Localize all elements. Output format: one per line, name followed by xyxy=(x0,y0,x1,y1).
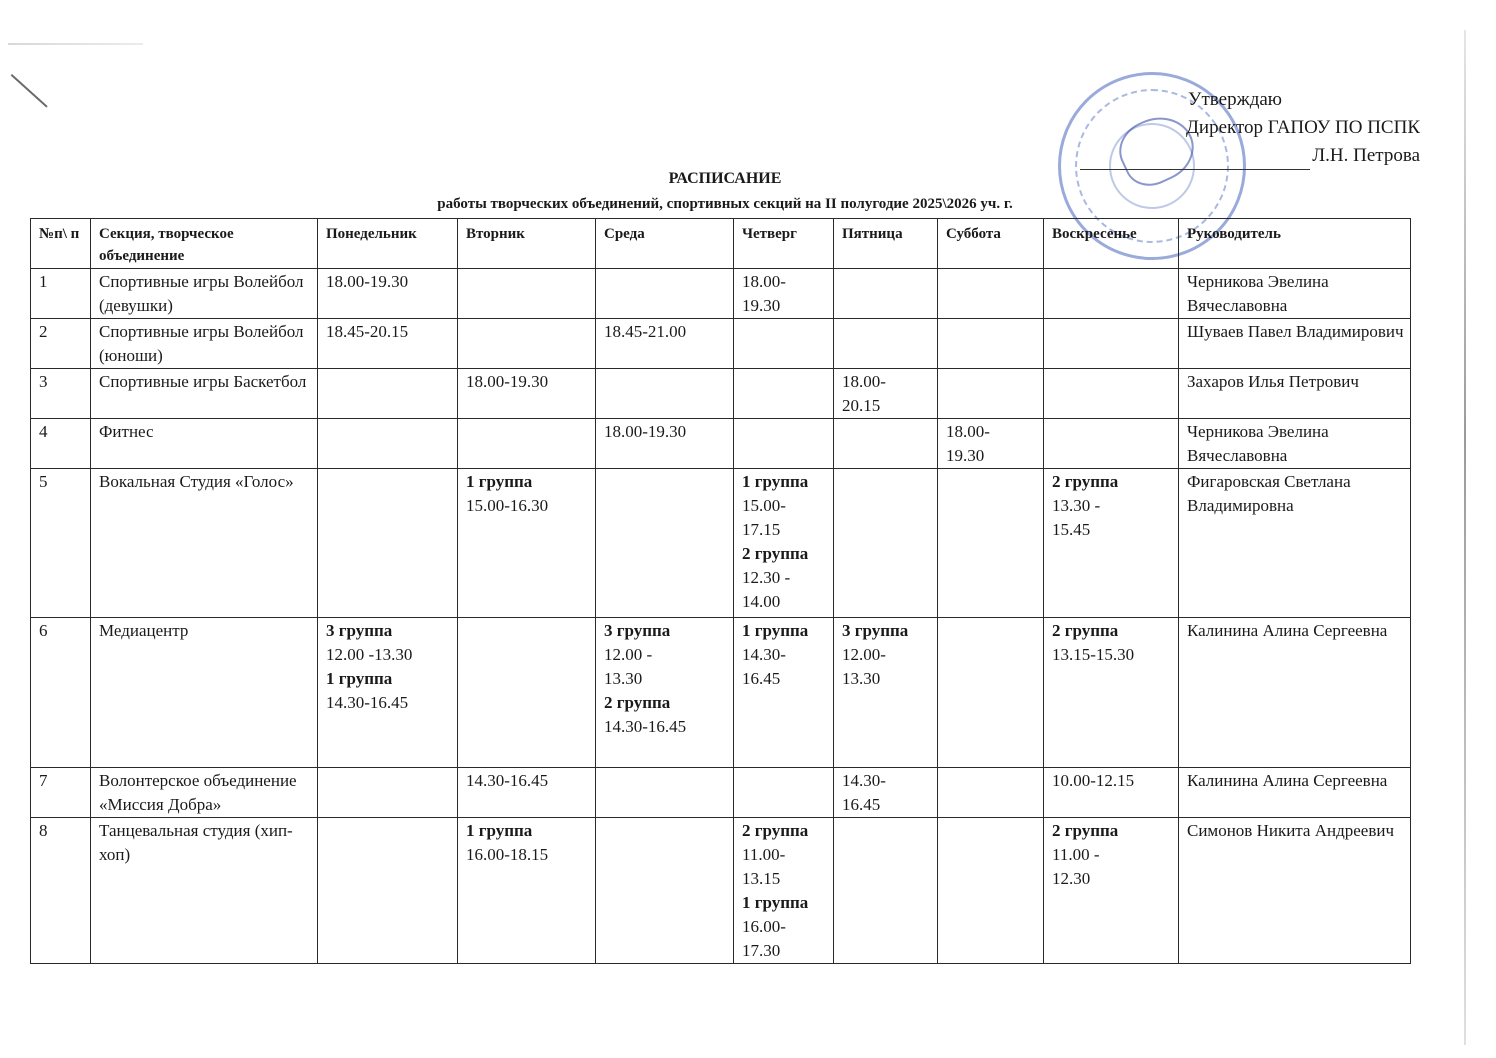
time-range: 18.00-19.30 xyxy=(604,420,727,444)
leader-name: Калинина Алина Сергеевна xyxy=(1179,768,1411,818)
schedule-cell-sat xyxy=(938,768,1044,818)
group-label: 2 группа xyxy=(1052,470,1172,494)
schedule-cell-sat xyxy=(938,319,1044,369)
group-label: 3 группа xyxy=(604,619,727,643)
schedule-cell-fri xyxy=(834,469,938,618)
schedule-cell-sun xyxy=(1044,369,1179,419)
schedule-table: №п\ пСекция, творческое объединениеПонед… xyxy=(30,218,1411,964)
time-range: 10.00-12.15 xyxy=(1052,769,1172,793)
schedule-cell-sat xyxy=(938,818,1044,964)
time-range: 13.30 - 15.45 xyxy=(1052,494,1172,542)
time-range: 12.00 - 13.30 xyxy=(604,643,727,691)
schedule-cell-tue xyxy=(458,269,596,319)
row-number: 2 xyxy=(31,319,91,369)
group-label: 2 группа xyxy=(742,819,827,843)
schedule-cell-wed xyxy=(596,469,734,618)
schedule-cell-tue: 1 группа16.00-18.15 xyxy=(458,818,596,964)
schedule-cell-wed: 18.00-19.30 xyxy=(596,419,734,469)
schedule-cell-wed: 3 группа12.00 - 13.302 группа14.30-16.45 xyxy=(596,618,734,768)
row-number: 8 xyxy=(31,818,91,964)
time-range: 18.00- 20.15 xyxy=(842,370,931,418)
schedule-cell-fri xyxy=(834,269,938,319)
schedule-cell-thu: 1 группа14.30- 16.45 xyxy=(734,618,834,768)
group-label: 2 группа xyxy=(604,691,727,715)
schedule-cell-sun: 2 группа11.00 - 12.30 xyxy=(1044,818,1179,964)
schedule-cell-wed xyxy=(596,768,734,818)
page-title: РАСПИСАНИЕ xyxy=(0,170,1450,188)
schedule-cell-thu xyxy=(734,768,834,818)
leader-name: Фигаровская Светлана Владимировна xyxy=(1179,469,1411,618)
leader-name: Калинина Алина Сергеевна xyxy=(1179,618,1411,768)
schedule-cell-tue: 14.30-16.45 xyxy=(458,768,596,818)
schedule-cell-wed: 18.45-21.00 xyxy=(596,319,734,369)
section-name: Фитнес xyxy=(91,419,318,469)
table-row: 3Спортивные игры Баскетбол18.00-19.3018.… xyxy=(31,369,1411,419)
schedule-cell-sat xyxy=(938,369,1044,419)
approval-name: Л.Н. Петрова xyxy=(1312,142,1420,170)
schedule-cell-thu: 18.00- 19.30 xyxy=(734,269,834,319)
row-number: 3 xyxy=(31,369,91,419)
table-header-row: №п\ пСекция, творческое объединениеПонед… xyxy=(31,219,1411,269)
group-label: 2 группа xyxy=(1052,819,1172,843)
schedule-cell-wed xyxy=(596,818,734,964)
section-name: Волонтерское объединение «Миссия Добра» xyxy=(91,768,318,818)
table-row: 4Фитнес18.00-19.3018.00- 19.30Черникова … xyxy=(31,419,1411,469)
leader-name: Черникова Эвелина Вячеславовна xyxy=(1179,419,1411,469)
row-number: 7 xyxy=(31,768,91,818)
time-range: 18.00- 19.30 xyxy=(742,270,827,318)
schedule-cell-fri: 18.00- 20.15 xyxy=(834,369,938,419)
row-number: 1 xyxy=(31,269,91,319)
schedule-cell-sun xyxy=(1044,419,1179,469)
schedule-cell-wed xyxy=(596,269,734,319)
schedule-cell-sun xyxy=(1044,269,1179,319)
schedule-cell-sat xyxy=(938,469,1044,618)
header-col-tuesday: Вторник xyxy=(458,219,596,269)
section-name: Вокальная Студия «Голос» xyxy=(91,469,318,618)
scan-page-edge xyxy=(1464,30,1466,1045)
schedule-cell-fri xyxy=(834,319,938,369)
header-col-monday: Понедельник xyxy=(318,219,458,269)
schedule-cell-fri xyxy=(834,419,938,469)
group-label: 1 группа xyxy=(742,891,827,915)
time-range: 18.45-21.00 xyxy=(604,320,727,344)
table-row: 2Спортивные игры Волейбол (юноши)18.45-2… xyxy=(31,319,1411,369)
time-range: 16.00-18.15 xyxy=(466,843,589,867)
row-number: 6 xyxy=(31,618,91,768)
header-col-thursday: Четверг xyxy=(734,219,834,269)
schedule-cell-thu xyxy=(734,419,834,469)
header-col-leader: Руководитель xyxy=(1179,219,1411,269)
schedule-cell-mon: 3 группа12.00 -13.301 группа14.30-16.45 xyxy=(318,618,458,768)
time-range: 12.30 - 14.00 xyxy=(742,566,827,614)
schedule-cell-sat: 18.00- 19.30 xyxy=(938,419,1044,469)
group-label: 3 группа xyxy=(326,619,451,643)
time-range: 15.00-16.30 xyxy=(466,494,589,518)
schedule-cell-mon: 18.45-20.15 xyxy=(318,319,458,369)
schedule-cell-wed xyxy=(596,369,734,419)
schedule-cell-mon xyxy=(318,419,458,469)
header-col-friday: Пятница xyxy=(834,219,938,269)
time-range: 14.30-16.45 xyxy=(604,715,727,739)
group-label: 2 группа xyxy=(742,542,827,566)
schedule-cell-thu xyxy=(734,319,834,369)
page-subtitle: работы творческих объединений, спортивны… xyxy=(0,196,1450,213)
header-col-section: Секция, творческое объединение xyxy=(91,219,318,269)
schedule-cell-sat xyxy=(938,269,1044,319)
group-label: 1 группа xyxy=(466,470,589,494)
schedule-cell-sun: 2 группа13.30 - 15.45 xyxy=(1044,469,1179,618)
header-col-num: №п\ п xyxy=(31,219,91,269)
approval-block: Утверждаю Директор ГАПОУ ПО ПСПК Л.Н. Пе… xyxy=(1080,86,1420,170)
approval-word: Утверждаю xyxy=(1080,86,1282,114)
section-name: Спортивные игры Волейбол (юноши) xyxy=(91,319,318,369)
time-range: 14.30-16.45 xyxy=(466,769,589,793)
time-range: 13.15-15.30 xyxy=(1052,643,1172,667)
leader-name: Шуваев Павел Владимирович xyxy=(1179,319,1411,369)
schedule-cell-fri xyxy=(834,818,938,964)
schedule-cell-thu: 1 группа15.00- 17.152 группа12.30 - 14.0… xyxy=(734,469,834,618)
time-range: 16.00- 17.30 xyxy=(742,915,827,963)
schedule-cell-thu: 2 группа11.00- 13.151 группа16.00- 17.30 xyxy=(734,818,834,964)
schedule-cell-fri: 3 группа12.00- 13.30 xyxy=(834,618,938,768)
section-name: Спортивные игры Баскетбол xyxy=(91,369,318,419)
table-row: 8Танцевальная студия (хип-хоп)1 группа16… xyxy=(31,818,1411,964)
time-range: 12.00 -13.30 xyxy=(326,643,451,667)
time-range: 11.00- 13.15 xyxy=(742,843,827,891)
time-range: 15.00- 17.15 xyxy=(742,494,827,542)
time-range: 18.45-20.15 xyxy=(326,320,451,344)
schedule-cell-tue: 18.00-19.30 xyxy=(458,369,596,419)
group-label: 1 группа xyxy=(742,619,827,643)
section-name: Танцевальная студия (хип-хоп) xyxy=(91,818,318,964)
time-range: 14.30- 16.45 xyxy=(842,769,931,817)
table-row: 5Вокальная Студия «Голос»1 группа15.00-1… xyxy=(31,469,1411,618)
group-label: 1 группа xyxy=(326,667,451,691)
approval-position: Директор ГАПОУ ПО ПСПК xyxy=(1080,114,1420,142)
header-col-sunday: Воскресенье xyxy=(1044,219,1179,269)
table-row: 6Медиацентр3 группа12.00 -13.301 группа1… xyxy=(31,618,1411,768)
group-label: 1 группа xyxy=(466,819,589,843)
schedule-cell-mon xyxy=(318,818,458,964)
table-row: 1Спортивные игры Волейбол (девушки)18.00… xyxy=(31,269,1411,319)
schedule-cell-mon: 18.00-19.30 xyxy=(318,269,458,319)
header-col-wednesday: Среда xyxy=(596,219,734,269)
row-number: 5 xyxy=(31,469,91,618)
section-name: Медиацентр xyxy=(91,618,318,768)
leader-name: Черникова Эвелина Вячеславовна xyxy=(1179,269,1411,319)
schedule-cell-sun: 2 группа13.15-15.30 xyxy=(1044,618,1179,768)
time-range: 14.30-16.45 xyxy=(326,691,451,715)
schedule-cell-mon xyxy=(318,469,458,618)
time-range: 12.00- 13.30 xyxy=(842,643,931,691)
schedule-cell-mon xyxy=(318,369,458,419)
header-col-saturday: Суббота xyxy=(938,219,1044,269)
group-label: 2 группа xyxy=(1052,619,1172,643)
schedule-cell-fri: 14.30- 16.45 xyxy=(834,768,938,818)
schedule-cell-tue xyxy=(458,618,596,768)
leader-name: Симонов Никита Андреевич xyxy=(1179,818,1411,964)
schedule-cell-tue xyxy=(458,319,596,369)
schedule-cell-mon xyxy=(318,768,458,818)
table-row: 7Волонтерское объединение «Миссия Добра»… xyxy=(31,768,1411,818)
row-number: 4 xyxy=(31,419,91,469)
schedule-cell-sun: 10.00-12.15 xyxy=(1044,768,1179,818)
group-label: 1 группа xyxy=(742,470,827,494)
time-range: 11.00 - 12.30 xyxy=(1052,843,1172,891)
schedule-cell-sat xyxy=(938,618,1044,768)
schedule-cell-tue xyxy=(458,419,596,469)
signature-line xyxy=(1080,149,1310,170)
schedule-cell-thu xyxy=(734,369,834,419)
section-name: Спортивные игры Волейбол (девушки) xyxy=(91,269,318,319)
schedule-cell-tue: 1 группа15.00-16.30 xyxy=(458,469,596,618)
time-range: 14.30- 16.45 xyxy=(742,643,827,691)
schedule-cell-sun xyxy=(1044,319,1179,369)
time-range: 18.00-19.30 xyxy=(466,370,589,394)
group-label: 3 группа xyxy=(842,619,931,643)
scan-artifact-line xyxy=(8,43,143,45)
leader-name: Захаров Илья Петрович xyxy=(1179,369,1411,419)
scan-artifact-pen-mark xyxy=(11,74,48,108)
time-range: 18.00-19.30 xyxy=(326,270,451,294)
time-range: 18.00- 19.30 xyxy=(946,420,1037,468)
